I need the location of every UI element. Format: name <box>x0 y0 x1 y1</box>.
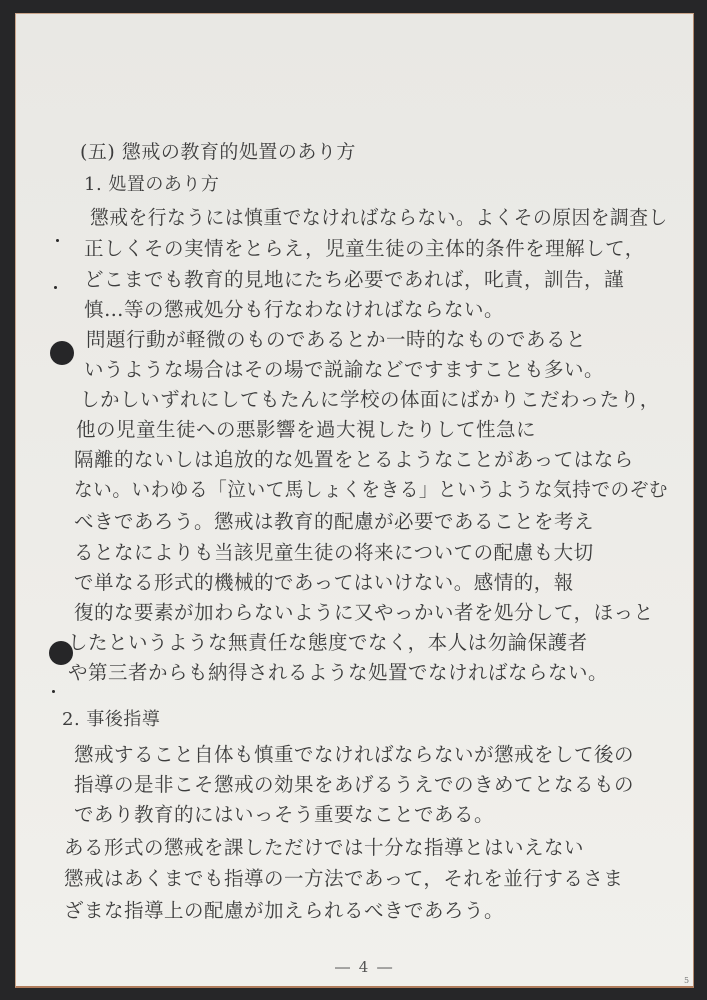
subsection-title: 1. 処置のあり方 <box>84 170 219 196</box>
body-line: 隔離的ないしは追放的な処置をとるようなことがあってはなら <box>74 444 634 472</box>
body-line: したというような無責任な態度でなく，本人は勿論保護者 <box>68 627 588 655</box>
body-line: であり教育的にはいっそう重要なことである。 <box>74 799 494 827</box>
body-line: いうような場合はその場で説諭などですますことも多い。 <box>84 354 604 382</box>
body-line: や第三者からも納得されるような処置でなければならない。 <box>68 657 608 685</box>
section-heading: (五) 懲戒の教育的処置のあり方 <box>80 137 356 164</box>
body-line: どこまでも教育的見地にたち必要であれば，叱責，訓告，謹 <box>84 264 624 292</box>
body-line: 懲戒すること自体も慎重でなければならないが懲戒をして後の <box>74 739 634 767</box>
body-line: で単なる形式的機械的であってはいけない。感情的，報 <box>74 567 574 595</box>
body-line: 懲戒はあくまでも指導の一方法であって，それを並行するさま <box>64 863 623 891</box>
subsection-title: 2. 事後指導 <box>62 705 160 731</box>
body-line: 問題行動が軽微のものであるとか一時的なものであると <box>86 324 586 352</box>
body-line: べきであろう。懲戒は教育的配慮が必要であることを考え <box>74 506 594 534</box>
body-line: ある形式の懲戒を課しただけでは十分な指導とはいえない <box>64 832 584 860</box>
body-line: ない。いわゆる「泣いて馬しょくをきる」というような気持でのぞむ <box>74 474 668 502</box>
body-line: 復的な要素が加わらないように又やっかい者を処分して，ほっと <box>74 597 654 625</box>
body-line: 他の児童生徒への悪影響を過大視したりして性急に <box>76 414 536 442</box>
margin-mark <box>54 286 57 289</box>
body-line: ざまな指導上の配慮が加えられるべきであろう。 <box>64 895 504 923</box>
body-line: しかしいずれにしてもたんに学校の体面にばかりこだわったり， <box>80 384 660 412</box>
body-line: 正しくその実情をとらえ，児童生徒の主体的条件を理解して， <box>84 233 645 261</box>
body-line: 指導の是非こそ懲戒の効果をあげるうえでのきめてとなるもの <box>74 769 634 797</box>
punch-hole-top <box>50 341 74 365</box>
body-line: 懲戒を行なうには慎重でなければならない。よくその原因を調査し <box>90 202 668 230</box>
margin-mark <box>56 239 59 242</box>
corner-mark: 5 <box>684 976 689 985</box>
margin-mark <box>52 690 55 693</box>
page-number: ― 4 ― <box>335 958 394 976</box>
body-line: 慎…等の懲戒処分も行なわなければならない。 <box>84 294 504 322</box>
body-line: るとなによりも当該児童生徒の将来についての配慮も大切 <box>74 537 594 565</box>
